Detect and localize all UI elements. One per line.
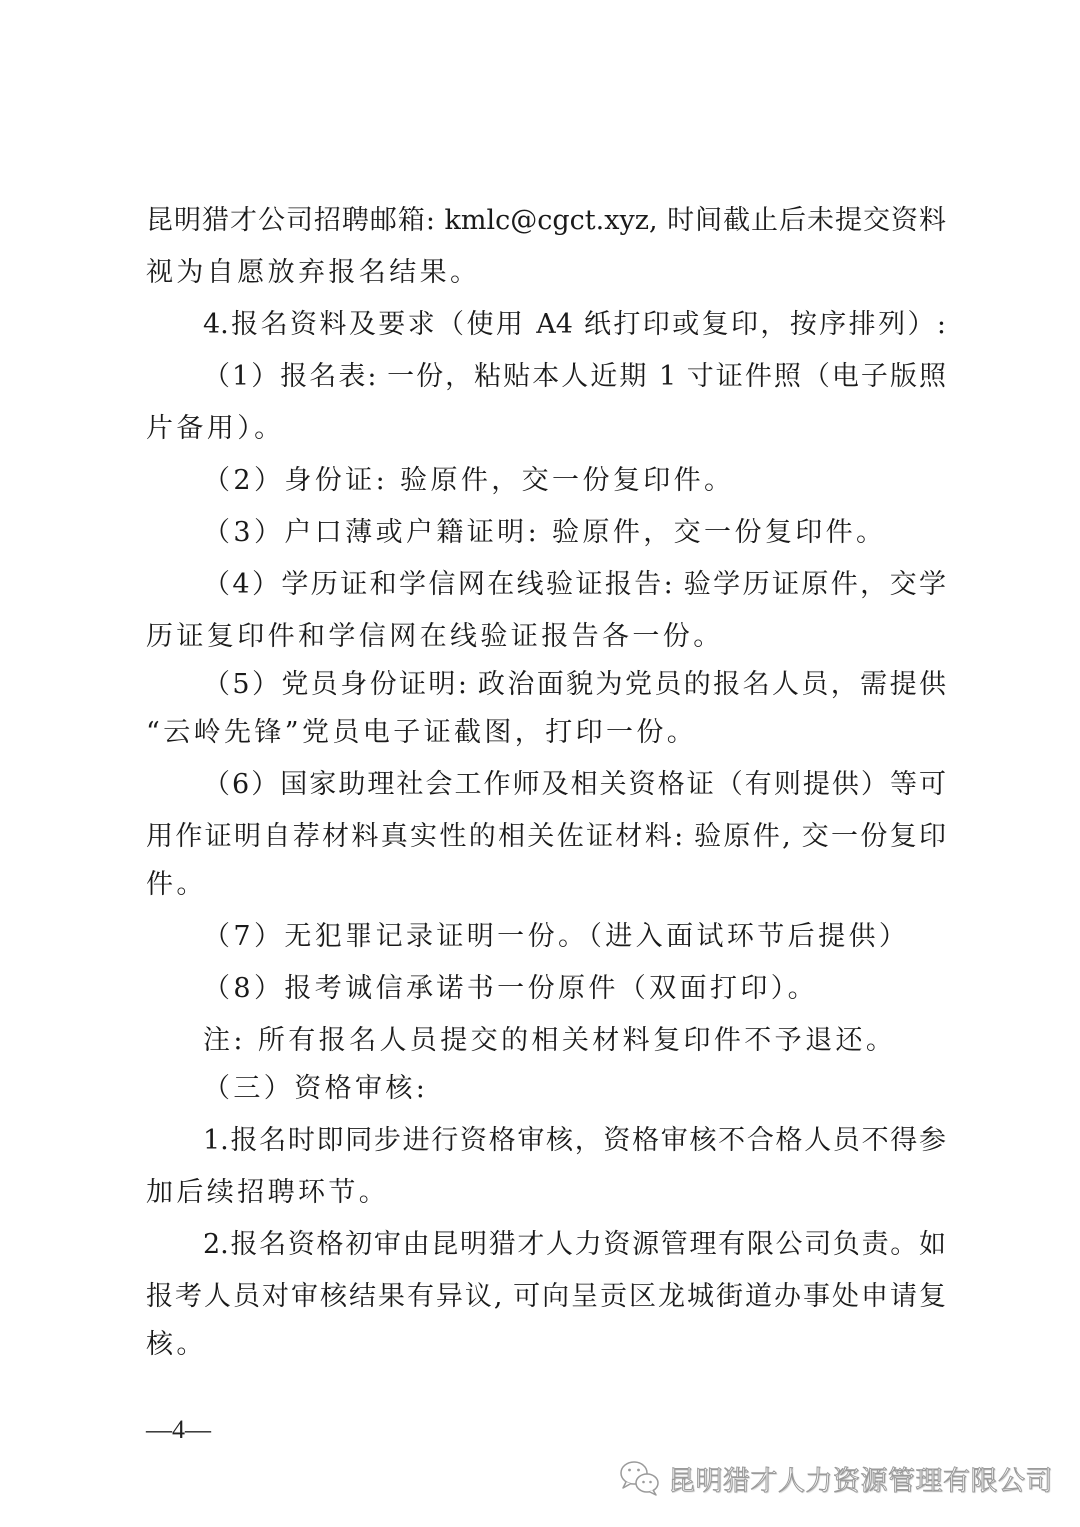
- item-4-continued: 历证复印件和学信网在线验证报告各一份。: [146, 620, 724, 654]
- review-item-2: 2.报名资格初审由昆明猎才人力资源管理有限公司负责。如: [203, 1228, 946, 1262]
- review-item-2-continued-2: 核。: [146, 1328, 207, 1362]
- item-5-party-member: （5）党员身份证明: 政治面貌为党员的报名人员，需提供: [203, 668, 946, 702]
- wechat-watermark: 昆明猎才人力资源管理有限公司: [618, 1456, 1053, 1500]
- note-no-return: 注: 所有报名人员提交的相关材料复印件不予退还。: [203, 1024, 896, 1058]
- item-1-continued: 片备用）。: [146, 412, 285, 446]
- item-4-education: （4）学历证和学信网在线验证报告: 验学历证原件，交学: [203, 568, 946, 602]
- watermark-company-name: 昆明猎才人力资源管理有限公司: [668, 1459, 1053, 1498]
- item-5-continued: “云岭先锋”党员电子证截图，打印一份。: [146, 716, 697, 750]
- item-6-qualifications: （6）国家助理社会工作师及相关资格证（有则提供）等可: [203, 768, 946, 802]
- item-1-registration-form: （1）报名表: 一份，粘贴本人近期 1 寸证件照（电子版照: [203, 360, 946, 394]
- item-7-criminal-record: （7）无犯罪记录证明一份。（进入面试环节后提供）: [203, 920, 909, 954]
- review-item-1: 1.报名时即同步进行资格审核，资格审核不合格人员不得参: [203, 1124, 946, 1158]
- review-item-1-continued: 加后续招聘环节。: [146, 1176, 389, 1210]
- section-heading-qualification-review: （三）资格审核:: [203, 1072, 428, 1106]
- review-item-2-continued: 报考人员对审核结果有异议, 可向呈贡区龙城街道办事处申请复: [146, 1280, 946, 1314]
- text-line-2: 视为自愿放弃报名结果。: [146, 256, 480, 290]
- item-2-id-card: （2）身份证: 验原件，交一份复印件。: [203, 464, 734, 498]
- wechat-icon: [618, 1458, 662, 1498]
- item-6-continued-2: 件。: [146, 868, 207, 902]
- item-6-continued: 用作证明自荐材料真实性的相关佐证材料: 验原件, 交一份复印: [146, 820, 946, 854]
- item-3-household-register: （3）户口薄或户籍证明: 验原件，交一份复印件。: [203, 516, 886, 550]
- page-number: —4—: [146, 1415, 211, 1445]
- document-page: 昆明猎才公司招聘邮箱: kmlc@cgct.xyz, 时间截止后未提交资料 视为…: [0, 0, 1080, 1527]
- section-heading-materials: 4.报名资料及要求（使用 A4 纸打印或复印，按序排列）:: [203, 308, 946, 342]
- item-8-integrity-pledge: （8）报考诚信承诺书一份原件（双面打印）。: [203, 972, 818, 1006]
- text-line-1: 昆明猎才公司招聘邮箱: kmlc@cgct.xyz, 时间截止后未提交资料: [146, 204, 946, 238]
